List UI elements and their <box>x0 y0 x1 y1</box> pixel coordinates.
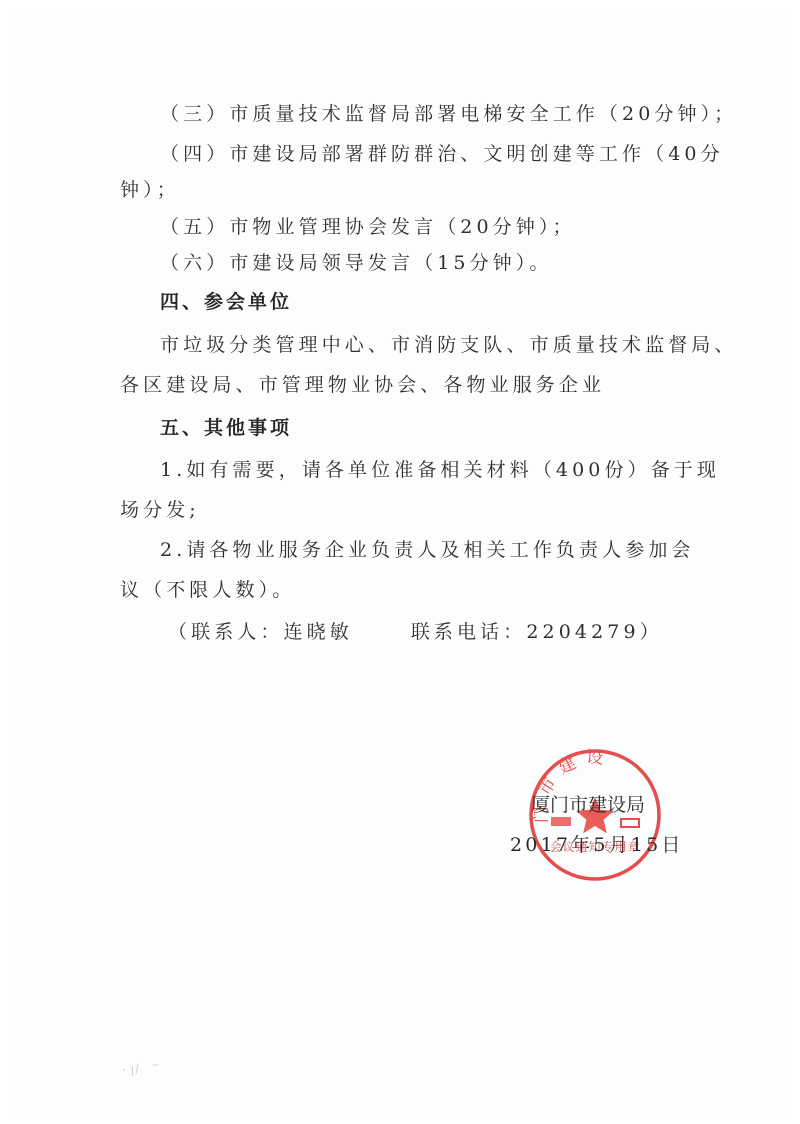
section-heading-other-matters: 五、其他事项 <box>160 416 292 440</box>
agenda-item-4-continued: 钟）； <box>120 178 180 202</box>
contact-person: （联系人：连晓敏 <box>168 621 353 643</box>
signing-date: 2017年5月15日 <box>510 833 684 857</box>
other-matter-2-continued: 议（不限人数）。 <box>120 578 295 602</box>
section-heading-attendees: 四、参会单位 <box>160 290 292 314</box>
other-matter-2: 2.请各物业服务企业负责人及相关工作负责人参加会 <box>160 538 695 562</box>
attendees-line-2: 各区建设局、市管理物业协会、各物业服务企业 <box>120 373 605 397</box>
attendees-line-1: 市垃圾分类管理中心、市消防支队、市质量技术监督局、 <box>160 333 738 357</box>
other-matter-1-continued: 场分发; <box>120 498 200 522</box>
scan-artifact-icon <box>120 1062 160 1082</box>
contact-info: （联系人：连晓敏联系电话：2204279） <box>168 620 663 644</box>
agenda-item-4: （四）市建设局部署群防群治、文明创建等工作（40分 <box>160 142 724 166</box>
signing-organization: 厦门市建设局 <box>531 793 645 817</box>
other-matter-1: 1.如有需要，请各单位准备相关材料（400份）备于现 <box>160 458 720 482</box>
agenda-item-3: （三）市质量技术监督局部署电梯安全工作（20分钟）； <box>160 102 737 126</box>
agenda-item-5: （五）市物业管理协会发言（20分钟）； <box>160 215 576 239</box>
scanned-page <box>8 10 792 1120</box>
contact-phone: 联系电话：2204279） <box>411 621 663 643</box>
agenda-item-6: （六）市建设局领导发言（15分钟）。 <box>160 251 552 275</box>
